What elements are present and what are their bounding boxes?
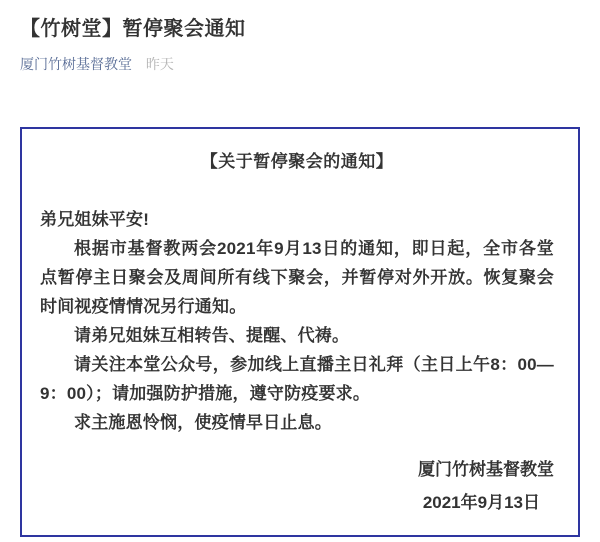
notice-paragraph-greeting: 弟兄姐妹平安! [40,205,554,234]
notice-box: 【关于暂停聚会的通知】 弟兄姐妹平安! 根据市基督教两会2021年9月13日的通… [20,127,580,537]
article-title: 【竹树堂】暂停聚会通知 [20,16,580,42]
publish-time: 昨天 [146,56,174,72]
article-header: 【竹树堂】暂停聚会通知 厦门竹树基督教堂 昨天 [0,0,600,73]
notice-paragraph-suspension: 根据市基督教两会2021年9月13日的通知，即日起，全市各堂点暂停主日聚会及周间… [40,234,554,321]
notice-footer: 厦门竹树基督教堂 2021年9月13日 [40,453,554,519]
account-name-link[interactable]: 厦门竹树基督教堂 [20,56,132,72]
signature-date: 2021年9月13日 [40,486,540,519]
byline: 厦门竹树基督教堂 昨天 [20,55,580,73]
notice-body: 弟兄姐妹平安! 根据市基督教两会2021年9月13日的通知，即日起，全市各堂点暂… [40,205,554,437]
notice-paragraph-livestream: 请关注本堂公众号，参加线上直播主日礼拜（主日上午8：00—9：00）；请加强防护… [40,350,554,408]
notice-title: 【关于暂停聚会的通知】 [40,151,554,173]
notice-paragraph-inform: 请弟兄姐妹互相转告、提醒、代祷。 [40,321,554,350]
signature-name: 厦门竹树基督教堂 [40,453,554,486]
notice-paragraph-prayer: 求主施恩怜悯，使疫情早日止息。 [40,408,554,437]
